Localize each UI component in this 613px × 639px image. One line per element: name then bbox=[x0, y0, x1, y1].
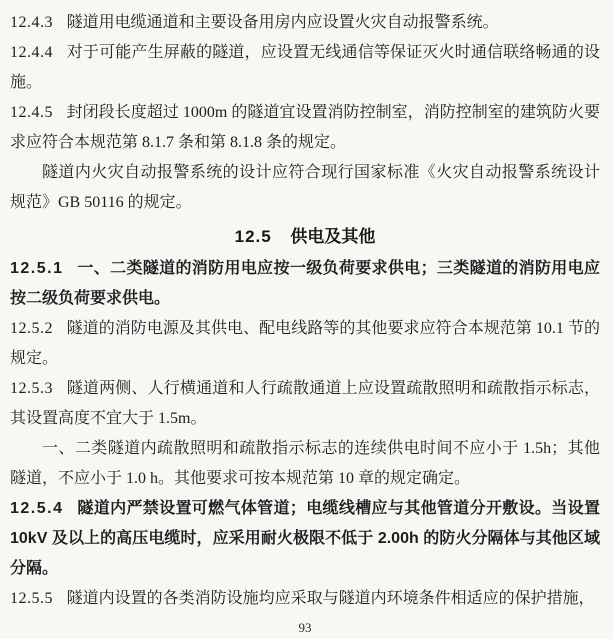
paragraph-fire-alarm-design: 隧道内火灾自动报警系统的设计应符合现行国家标准《火灾自动报警系统设计规范》GB … bbox=[10, 158, 600, 218]
clause-12-4-3: 12.4.3隧道用电缆通道和主要设备用房内应设置火灾自动报警系统。 bbox=[10, 8, 600, 38]
clause-12-5-1: 12.5.1一、二类隧道的消防用电应按一级负荷要求供电；三类隧道的消防用电应按二… bbox=[10, 254, 600, 314]
clause-number: 12.5.3 bbox=[10, 374, 53, 404]
clause-number: 12.4.5 bbox=[10, 98, 53, 128]
paragraph-evacuation-lighting-supply: 一、二类隧道内疏散照明和疏散指示标志的连续供电时间不应小于 1.5h；其他隧道，… bbox=[10, 434, 600, 494]
clause-text: 隧道用电缆通道和主要设备用房内应设置火灾自动报警系统。 bbox=[67, 14, 499, 31]
clause-text: 隧道内严禁设置可燃气体管道；电缆线槽应与其他管道分开敷设。当设置 10kV 及以… bbox=[10, 500, 600, 577]
page-number: 93 bbox=[10, 620, 600, 636]
section-heading: 12.5供电及其他 bbox=[10, 221, 600, 252]
clause-text: 隧道两侧、人行横通道和人行疏散通道上应设置疏散照明和疏散指示标志，其设置高度不宜… bbox=[10, 380, 600, 427]
clause-number: 12.5.2 bbox=[10, 314, 53, 344]
clause-12-5-3: 12.5.3隧道两侧、人行横通道和人行疏散通道上应设置疏散照明和疏散指示标志，其… bbox=[10, 374, 600, 434]
clause-text: 对于可能产生屏蔽的隧道，应设置无线通信等保证灭火时通信联络畅通的设施。 bbox=[10, 44, 600, 91]
clause-text: 封闭段长度超过 1000m 的隧道宜设置消防控制室，消防控制室的建筑防火要求应符… bbox=[10, 104, 600, 151]
clause-number: 12.5.4 bbox=[10, 494, 63, 524]
clause-12-5-5: 12.5.5隧道内设置的各类消防设施均应采取与隧道内环境条件相适应的保护措施， bbox=[10, 584, 600, 614]
clause-number: 12.5.1 bbox=[10, 254, 63, 284]
document-page: 12.4.3隧道用电缆通道和主要设备用房内应设置火灾自动报警系统。 12.4.4… bbox=[0, 0, 613, 636]
clause-text: 隧道内设置的各类消防设施均应采取与隧道内环境条件相适应的保护措施， bbox=[67, 590, 595, 607]
clause-12-5-4: 12.5.4隧道内严禁设置可燃气体管道；电缆线槽应与其他管道分开敷设。当设置 1… bbox=[10, 494, 600, 584]
clause-12-5-2: 12.5.2隧道的消防电源及其供电、配电线路等的其他要求应符合本规范第 10.1… bbox=[10, 314, 600, 374]
clause-text: 一、二类隧道的消防用电应按一级负荷要求供电；三类隧道的消防用电应按二级负荷要求供… bbox=[10, 260, 600, 307]
clause-12-4-4: 12.4.4对于可能产生屏蔽的隧道，应设置无线通信等保证灭火时通信联络畅通的设施… bbox=[10, 38, 600, 98]
clause-number: 12.4.3 bbox=[10, 8, 53, 38]
clause-number: 12.4.4 bbox=[10, 38, 53, 68]
paragraph-text: 一、二类隧道内疏散照明和疏散指示标志的连续供电时间不应小于 1.5h；其他隧道，… bbox=[10, 440, 600, 487]
paragraph-text: 隧道内火灾自动报警系统的设计应符合现行国家标准《火灾自动报警系统设计规范》GB … bbox=[10, 164, 600, 211]
section-number: 12.5 bbox=[235, 227, 272, 246]
clause-number: 12.5.5 bbox=[10, 584, 53, 614]
clause-12-4-5: 12.4.5封闭段长度超过 1000m 的隧道宜设置消防控制室，消防控制室的建筑… bbox=[10, 98, 600, 158]
section-title: 供电及其他 bbox=[290, 227, 375, 246]
clause-text: 隧道的消防电源及其供电、配电线路等的其他要求应符合本规范第 10.1 节的规定。 bbox=[10, 320, 600, 367]
